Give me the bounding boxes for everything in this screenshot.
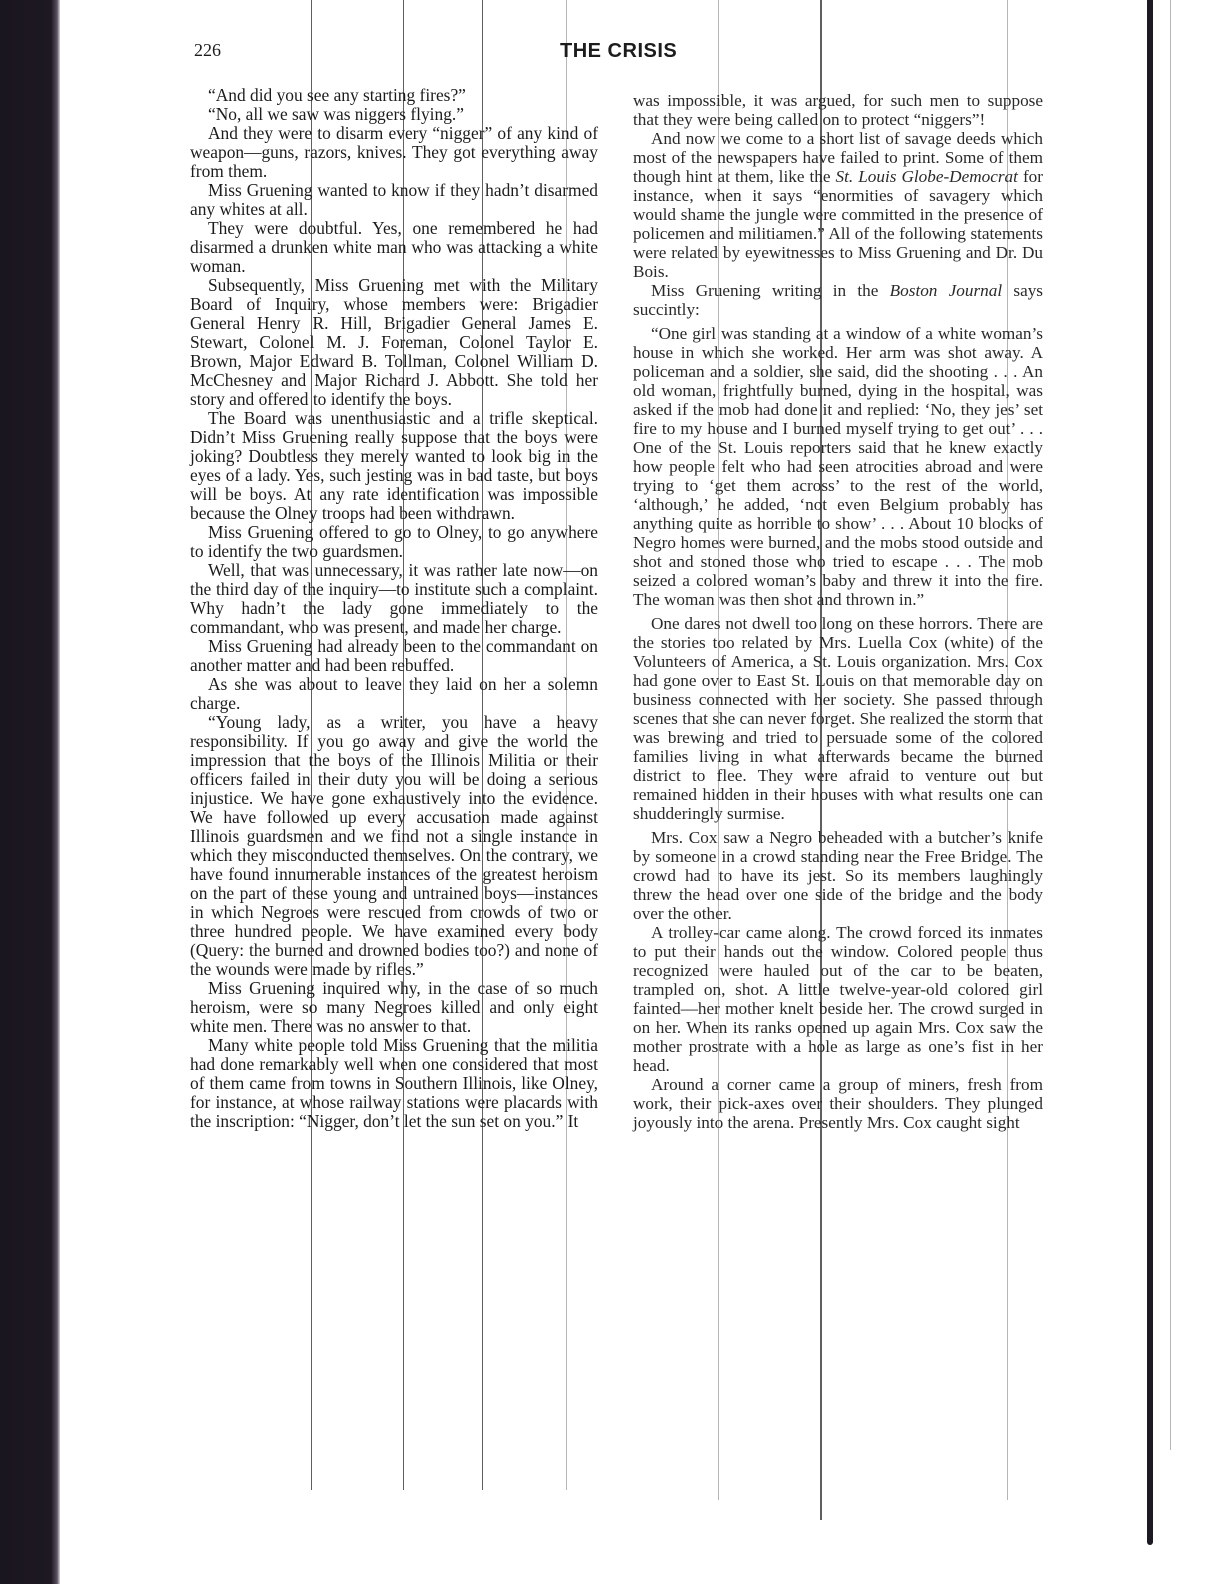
paragraph: Miss Gruening wanted to know if they had…: [190, 181, 598, 219]
paragraph: A trolley-car came along. The crowd forc…: [633, 923, 1043, 1075]
paragraph: They were doubtful. Yes, one remembered …: [190, 219, 598, 276]
paragraph: As she was about to leave they laid on h…: [190, 675, 598, 713]
scan-line: [1170, 0, 1171, 1450]
paragraph: Miss Gruening writing in the Boston Jour…: [633, 281, 1043, 319]
newspaper-title: Boston Journal: [890, 281, 1002, 300]
paragraph: “No, all we saw was niggers flying.”: [190, 105, 598, 124]
paragraph: Many white people told Miss Gruening tha…: [190, 1036, 598, 1131]
left-column: “And did you see any starting fires?” “N…: [190, 86, 598, 1131]
right-column: was impossible, it was argued, for such …: [633, 91, 1043, 1132]
paragraph: The Board was unenthusiastic and a trifl…: [190, 409, 598, 523]
paragraph: Miss Gruening had already been to the co…: [190, 637, 598, 675]
scan-border-left: [0, 0, 60, 1584]
page-number: 226: [194, 40, 221, 61]
paragraph: One dares not dwell too long on these ho…: [633, 614, 1043, 823]
paragraph: Subsequently, Miss Gruening met with the…: [190, 276, 598, 409]
paragraph: Around a corner came a group of miners, …: [633, 1075, 1043, 1132]
paragraph: Miss Gruening inquired why, in the case …: [190, 979, 598, 1036]
paragraph: And they were to disarm every “nigger” o…: [190, 124, 598, 181]
text-run: Miss Gruening writing in the: [651, 281, 890, 300]
page-edge-shadow: [1147, 0, 1153, 1545]
paragraph: Mrs. Cox saw a Negro beheaded with a but…: [633, 828, 1043, 923]
paragraph: And now we come to a short list of savag…: [633, 129, 1043, 281]
paragraph: was impossible, it was argued, for such …: [633, 91, 1043, 129]
paragraph: “And did you see any starting fires?”: [190, 86, 598, 105]
paragraph: Well, that was unnecessary, it was rathe…: [190, 561, 598, 637]
running-title: THE CRISIS: [560, 40, 677, 63]
quoted-paragraph: “One girl was standing at a window of a …: [633, 324, 1043, 609]
paragraph: Miss Gruening offered to go to Olney, to…: [190, 523, 598, 561]
newspaper-title: St. Louis Globe-Democrat: [836, 167, 1018, 186]
paragraph: “Young lady, as a writer, you have a hea…: [190, 713, 598, 979]
